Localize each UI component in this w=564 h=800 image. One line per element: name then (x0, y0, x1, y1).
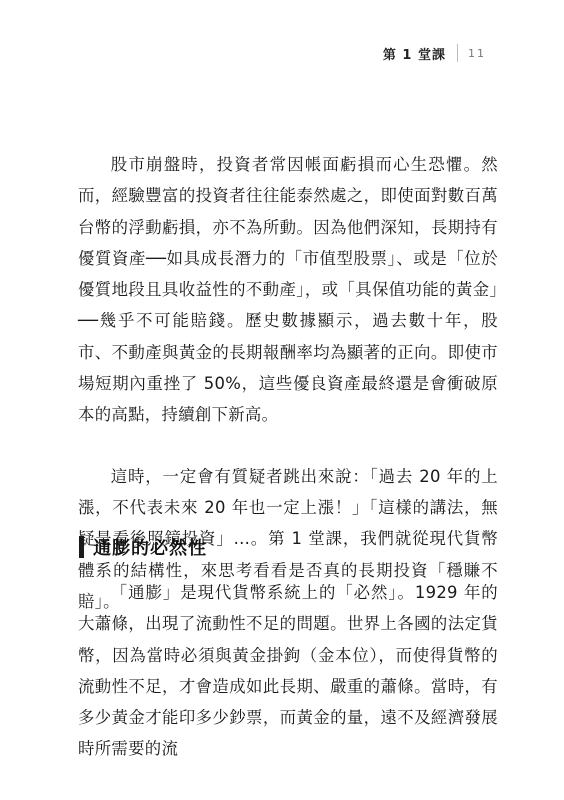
heading-bar-icon (79, 536, 84, 558)
paragraph: 「通膨」是現代貨幣系統上的「必然」。1929 年的大蕭條，出現了流動性不足的問題… (78, 577, 498, 765)
section-heading: 通膨的必然性 (79, 534, 207, 560)
section-body: 「通膨」是現代貨幣系統上的「必然」。1929 年的大蕭條，出現了流動性不足的問題… (78, 577, 498, 765)
paragraph: 股市崩盤時，投資者常因帳面虧損而心生恐懼。然而，經驗豐富的投資者往往能泰然處之，… (78, 149, 498, 431)
running-header: 第 1 堂課 11 (383, 44, 486, 62)
section-title: 通膨的必然性 (93, 534, 207, 560)
chapter-label: 第 1 堂課 (383, 44, 446, 63)
page-number: 11 (468, 47, 486, 60)
header-divider (457, 44, 458, 62)
